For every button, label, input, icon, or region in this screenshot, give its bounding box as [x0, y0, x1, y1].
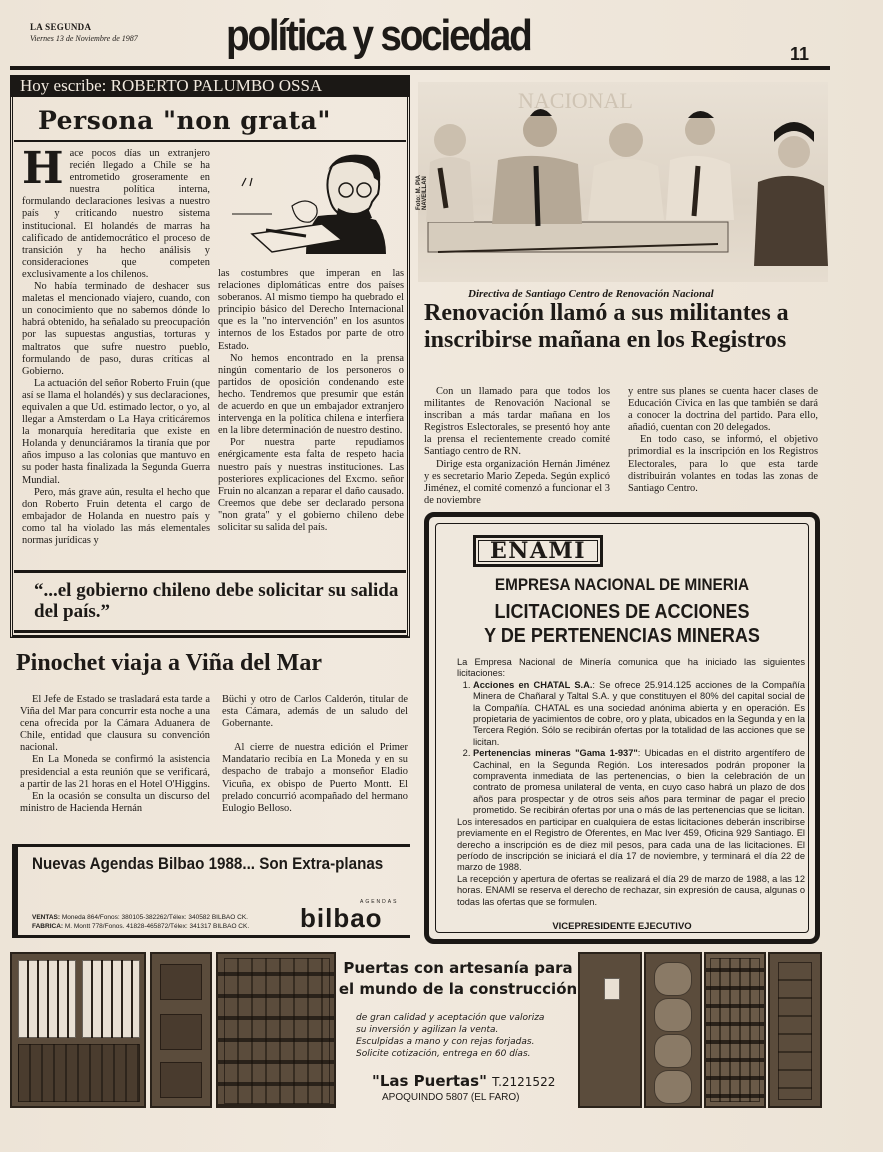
- byline: Hoy escribe: ROBERTO PALUMBO OSSA: [10, 75, 410, 97]
- door-image-5: [644, 952, 702, 1108]
- headline-rule: [14, 140, 406, 142]
- bilbao-headline: Nuevas Agendas Bilbao 1988... Son Extra-…: [32, 855, 383, 874]
- section-title: política y sociedad: [226, 8, 531, 64]
- door-image-1: [10, 952, 146, 1108]
- masthead-rule: [10, 66, 830, 70]
- bilbao-advertisement: Nuevas Agendas Bilbao 1988... Son Extra-…: [12, 844, 410, 938]
- news-photo: NACIONAL: [418, 82, 828, 282]
- bilbao-contact: VENTAS: Moneda 864/Fonos: 380105-382262/…: [32, 913, 249, 931]
- enami-logo: ENAMI: [473, 535, 603, 567]
- quote-rule-bottom: [14, 630, 406, 633]
- door-image-7: [768, 952, 822, 1108]
- door-image-3: [216, 952, 336, 1108]
- enami-signature: VICEPRESIDENTE EJECUTIVO: [429, 921, 815, 932]
- enami-body: La Empresa Nacional de Minería comunica …: [457, 657, 805, 908]
- newspaper-page: LA SEGUNDA Viernes 13 de Noviembre de 19…: [0, 0, 883, 1152]
- bilbao-logo: bilbao: [300, 905, 383, 931]
- photo-credit: Foto: M. PIA NAVEILLAN: [416, 140, 428, 210]
- enami-title-2: Y DE PERTENENCIAS MINERAS: [448, 625, 795, 648]
- svg-text:NACIONAL: NACIONAL: [518, 88, 633, 113]
- pinochet-headline: Pinochet viaja a Viña del Mar: [16, 650, 322, 677]
- door-image-6: [704, 952, 766, 1108]
- puertas-phone: T.2121522: [492, 1075, 555, 1089]
- puertas-address: APOQUINDO 5807 (EL FARO): [382, 1092, 519, 1103]
- newspaper-name: LA SEGUNDA: [30, 22, 91, 32]
- puertas-body: de gran calidad y aceptación que valoriz…: [356, 1012, 576, 1060]
- quote-rule-top: [14, 570, 406, 573]
- door-image-4: [578, 952, 642, 1108]
- puertas-brand: "Las Puertas" T.2121522: [372, 1072, 555, 1090]
- renovacion-col-2: y entre sus planes se cuenta hacer clase…: [628, 386, 818, 495]
- enami-advertisement: ENAMI EMPRESA NACIONAL DE MINERIA LICITA…: [424, 512, 820, 944]
- photo-caption: Directiva de Santiago Centro de Renovaci…: [468, 288, 714, 300]
- pull-quote: “...el gobierno chileno debe solicitar s…: [34, 580, 404, 622]
- pinochet-col-2: Büchi y otro de Carlos Calderón, titular…: [222, 694, 408, 815]
- renovacion-headline: Renovación llamó a sus militantes a insc…: [424, 300, 824, 354]
- group-photo-icon: NACIONAL: [418, 82, 828, 282]
- puertas-headline: Puertas con artesanía para el mundo de l…: [338, 958, 578, 1000]
- enami-company: EMPRESA NACIONAL DE MINERIA: [448, 575, 795, 595]
- opinion-headline: Persona "non grata": [38, 106, 331, 135]
- dropcap: H: [22, 150, 64, 188]
- opinion-col-2: las costumbres que imperan en las relaci…: [218, 268, 404, 534]
- page-number: 11: [790, 44, 809, 65]
- door-image-2: [150, 952, 212, 1108]
- enami-title-1: LICITACIONES DE ACCIONES: [448, 601, 795, 624]
- caricature-illustration-icon: [222, 146, 402, 256]
- pinochet-col-1: El Jefe de Estado se trasladará esta tar…: [20, 694, 210, 815]
- enami-item-2: Pertenencias mineras "Gama 1-937": Ubica…: [473, 748, 805, 816]
- enami-item-1: Acciones en CHATAL S.A.: Se ofrece 25.91…: [473, 680, 805, 748]
- issue-date: Viernes 13 de Noviembre de 1987: [30, 34, 138, 43]
- opinion-col-1: Hace pocos días un extranjero recién lle…: [22, 148, 210, 547]
- renovacion-col-1: Con un llamado para que todos los milita…: [424, 386, 610, 507]
